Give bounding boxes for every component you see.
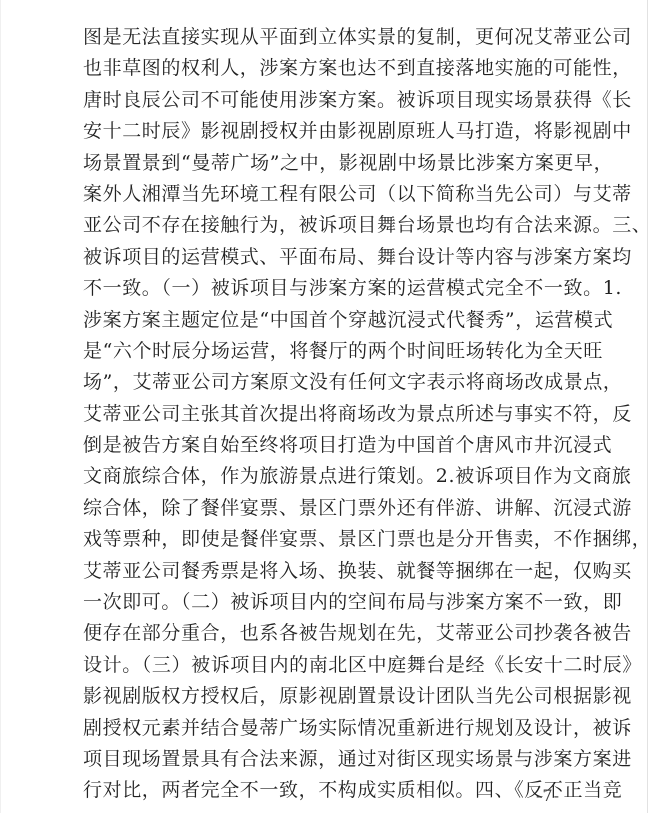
text-line: 剧授权元素并结合曼蒂广场实际情况重新进行规划及设计，被诉 bbox=[83, 713, 573, 744]
text-line: 场”，艾蒂亚公司方案原文没有任何文字表示将商场改成景点， bbox=[83, 367, 573, 398]
body-text: 图是无法直接实现从平面到立体实景的复制，更何况艾蒂亚公司 也非草图的权利人，涉案… bbox=[83, 22, 573, 807]
text-line: 项目现场置景具有合法来源，通过对街区现实场景与涉案方案进 bbox=[83, 744, 573, 775]
text-line: 唐时良辰公司不可能使用涉案方案。被诉项目现实场景获得《长 bbox=[83, 85, 573, 116]
text-line: 倒是被告方案自始至终将项目打造为中国首个唐风市井沉浸式 bbox=[83, 430, 573, 461]
text-line: 涉案方案主题定位是“中国首个穿越沉浸式代餐秀”，运营模式 bbox=[83, 305, 573, 336]
text-line: 戏等票种，即使是餐伴宴票、景区门票也是分开售卖，不作捆绑， bbox=[83, 524, 573, 555]
text-line: 行对比，两者完全不一致，不构成实质相似。四、《反不正当竞 bbox=[83, 775, 573, 806]
text-line: 综合体，除了餐伴宴票、景区门票外还有伴游、讲解、沉浸式游 bbox=[83, 493, 573, 524]
text-line: 一次即可。（二）被诉项目内的空间布局与涉案方案不一致，即 bbox=[83, 587, 573, 618]
text-line: 被诉项目的运营模式、平面布局、舞台设计等内容与涉案方案均 bbox=[83, 242, 573, 273]
text-line: 是“六个时辰分场运营，将餐厅的两个时间旺场转化为全天旺 bbox=[83, 336, 573, 367]
text-line: 不一致。（一）被诉项目与涉案方案的运营模式完全不一致。1. bbox=[83, 273, 573, 304]
text-line: 案外人湘潭当先环境工程有限公司（以下简称当先公司）与艾蒂 bbox=[83, 179, 573, 210]
text-line: 场景置景到“曼蒂广场”之中，影视剧中场景比涉案方案更早， bbox=[83, 148, 573, 179]
text-line: 安十二时辰》影视剧授权并由影视剧原班人马打造，将影视剧中 bbox=[83, 116, 573, 147]
text-line: 图是无法直接实现从平面到立体实景的复制，更何况艾蒂亚公司 bbox=[83, 22, 573, 53]
text-line: 影视剧版权方授权后，原影视剧置景设计团队当先公司根据影视 bbox=[83, 681, 573, 712]
document-page: 图是无法直接实现从平面到立体实景的复制，更何况艾蒂亚公司 也非草图的权利人，涉案… bbox=[0, 0, 648, 813]
text-line: 设计。（三）被诉项目内的南北区中庭舞台是经《长安十二时辰》 bbox=[83, 650, 573, 681]
text-line: 便存在部分重合，也系各被告规划在先，艾蒂亚公司抄袭各被告 bbox=[83, 618, 573, 649]
page-number: -7- bbox=[536, 786, 560, 805]
text-line: 艾蒂亚公司主张其首次提出将商场改为景点所述与事实不符，反 bbox=[83, 399, 573, 430]
text-line: 亚公司不存在接触行为，被诉项目舞台场景也均有合法来源。三、 bbox=[83, 210, 573, 241]
text-line: 艾蒂亚公司餐秀票是将入场、换装、就餐等捆绑在一起，仅购买 bbox=[83, 556, 573, 587]
text-line: 也非草图的权利人，涉案方案也达不到直接落地实施的可能性， bbox=[83, 53, 573, 84]
text-line: 文商旅综合体，作为旅游景点进行策划。2.被诉项目作为文商旅 bbox=[83, 461, 573, 492]
